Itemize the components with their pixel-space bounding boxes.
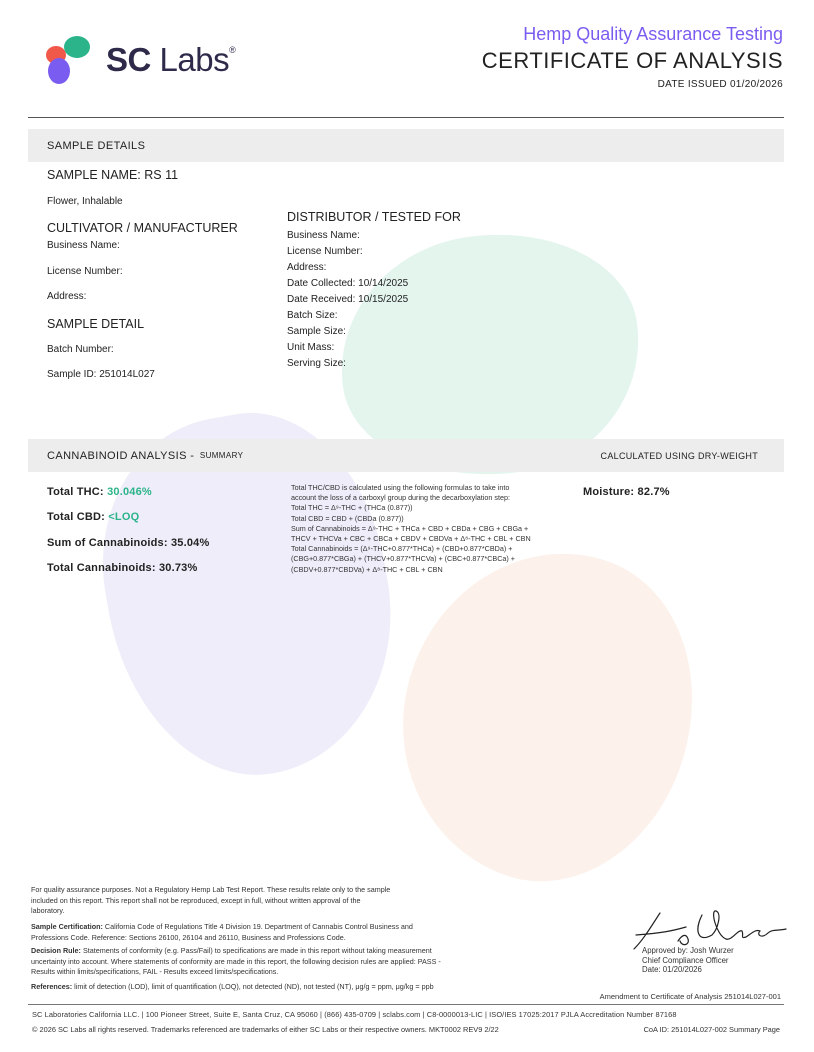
cultivator-address: Address: [47, 291, 86, 302]
total-thc: Total THC: 30.046% [47, 486, 152, 498]
batch-size: Batch Size: [287, 310, 408, 326]
total-thc-value: 30.046% [107, 486, 152, 498]
amendment-note: Amendment to Certificate of Analysis 251… [600, 992, 781, 1001]
footer-divider [28, 1004, 784, 1005]
sum-of-cannabinoids: Sum of Cannabinoids: 35.04% [47, 537, 209, 549]
sample-type: Flower, Inhalable [47, 196, 123, 207]
distributor-address: Address: [287, 262, 408, 278]
calculation-formulas: Total THC/CBD is calculated using the fo… [291, 483, 573, 575]
distributor-business-name: Business Name: [287, 230, 408, 246]
company-info: SC Laboratories California LLC. | 100 Pi… [32, 1010, 677, 1019]
sample-size: Sample Size: [287, 326, 408, 342]
header-divider [28, 117, 784, 118]
logo-wordmark: SC Labs® [106, 41, 235, 79]
total-cbd-value: <LOQ [108, 511, 139, 523]
document-subtitle: Hemp Quality Assurance Testing [523, 24, 783, 45]
cannabinoid-analysis-header: CANNABINOID ANALYSIS - SUMMARY CALCULATE… [28, 439, 784, 472]
document-title: CERTIFICATE OF ANALYSIS [482, 48, 783, 74]
dry-weight-note: CALCULATED USING DRY-WEIGHT [601, 451, 758, 461]
date-received: Date Received: 10/15/2025 [287, 294, 408, 310]
date-issued: DATE ISSUED 01/20/2026 [658, 79, 783, 90]
unit-mass: Unit Mass: [287, 342, 408, 358]
footer-bottom: © 2026 SC Labs all rights reserved. Trad… [32, 1025, 780, 1034]
references: References: limit of detection (LOD), li… [31, 982, 441, 993]
cultivator-business-name: Business Name: [47, 240, 120, 251]
cultivator-license-number: License Number: [47, 266, 123, 277]
sample-id: Sample ID: 251014L027 [47, 369, 155, 380]
distributor-fields: Business Name: License Number: Address: … [287, 230, 408, 374]
total-cannabinoids: Total Cannabinoids: 30.73% [47, 562, 197, 574]
sc-labs-logo: SC Labs® [46, 36, 235, 84]
approval-block: Approved by: Josh Wurzer Chief Complianc… [642, 946, 734, 975]
serving-size: Serving Size: [287, 358, 408, 374]
sample-name: SAMPLE NAME: RS 11 [47, 168, 178, 182]
moisture: Moisture: 82.7% [583, 486, 670, 498]
copyright: © 2026 SC Labs all rights reserved. Trad… [32, 1025, 499, 1034]
distributor-license-number: License Number: [287, 246, 408, 262]
sample-certification: Sample Certification: California Code of… [31, 922, 441, 943]
distributor-heading: DISTRIBUTOR / TESTED FOR [287, 210, 461, 224]
decision-rule: Decision Rule: Statements of conformity … [31, 946, 441, 978]
date-collected: Date Collected: 10/14/2025 [287, 278, 408, 294]
disclaimer: For quality assurance purposes. Not a Re… [31, 885, 391, 917]
logo-dots-icon [46, 36, 94, 84]
total-cbd: Total CBD: <LOQ [47, 511, 139, 523]
cultivator-heading: CULTIVATOR / MANUFACTURER [47, 221, 238, 235]
sample-detail-heading: SAMPLE DETAIL [47, 317, 144, 331]
coa-id: CoA ID: 251014L027-002 Summary Page [644, 1025, 780, 1034]
sample-details-header: SAMPLE DETAILS [28, 129, 784, 162]
batch-number: Batch Number: [47, 344, 114, 355]
